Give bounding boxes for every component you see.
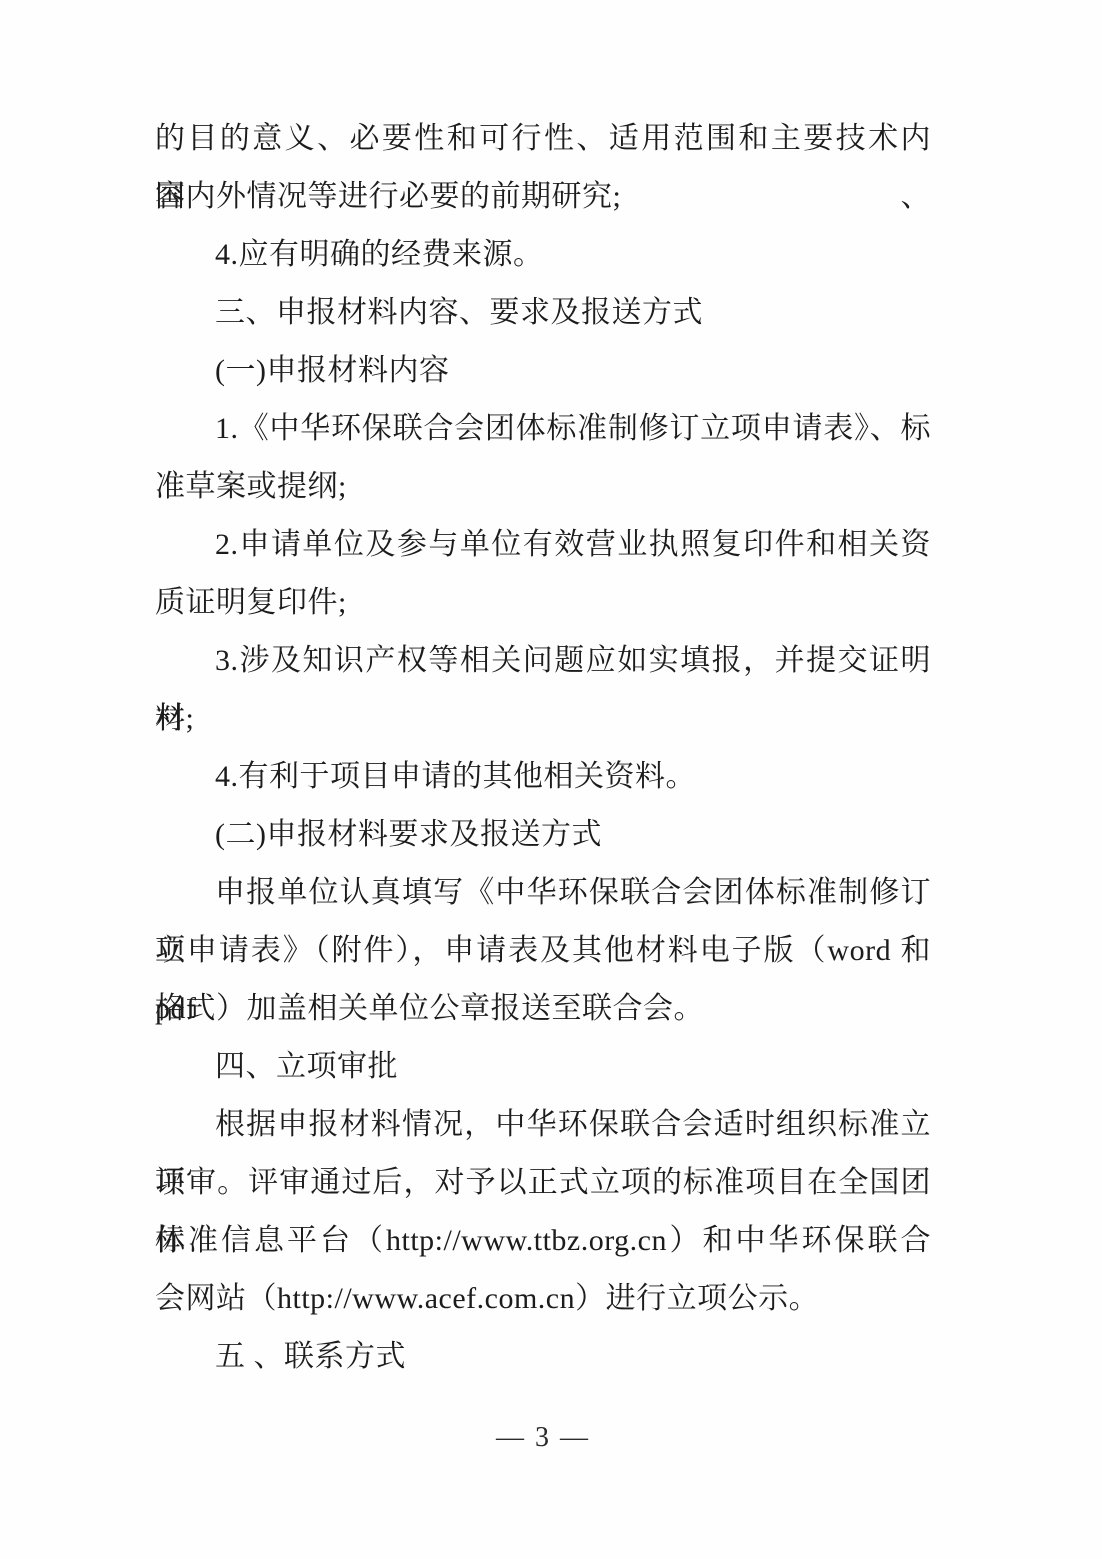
text-line: 准草案或提纲; (155, 458, 931, 516)
page-number: — 3 — (155, 1416, 931, 1460)
text-line: 料; (155, 690, 931, 748)
text-line: 评审。评审通过后，对予以正式立项的标准项目在全国团体 (155, 1154, 931, 1212)
text-line: (一)申报材料内容 (155, 342, 931, 400)
text-line: 4.有利于项目申请的其他相关资料。 (155, 748, 931, 806)
text-line: 格式）加盖相关单位公章报送至联合会。 (155, 980, 931, 1038)
text-line: 根据申报材料情况，中华环保联合会适时组织标准立项 (155, 1096, 931, 1154)
text-line: 会网站（http://www.acef.com.cn）进行立项公示。 (155, 1270, 931, 1328)
text-line: 四、立项审批 (155, 1038, 931, 1096)
text-line: 4.应有明确的经费来源。 (155, 226, 931, 284)
text-line: 标准信息平台（http://www.ttbz.org.cn）和中华环保联合 (155, 1212, 931, 1270)
text-line: 2.申请单位及参与单位有效营业执照复印件和相关资 (155, 516, 931, 574)
text-line: 3.涉及知识产权等相关问题应如实填报，并提交证明材 (155, 632, 931, 690)
text-line: (二)申报材料要求及报送方式 (155, 806, 931, 864)
text-line: 1.《中华环保联合会团体标准制修订立项申请表》、标 (155, 400, 931, 458)
text-line: 质证明复印件; (155, 574, 931, 632)
document-body: 的目的意义、必要性和可行性、适用范围和主要技术内容、国内外情况等进行必要的前期研… (155, 110, 931, 1386)
text-line: 的目的意义、必要性和可行性、适用范围和主要技术内容、 (155, 110, 931, 168)
text-line: 申报单位认真填写《中华环保联合会团体标准制修订立 (155, 864, 931, 922)
document-page: 的目的意义、必要性和可行性、适用范围和主要技术内容、国内外情况等进行必要的前期研… (0, 0, 1102, 1559)
text-line: 三、申报材料内容、要求及报送方式 (155, 284, 931, 342)
text-line: 项申请表》（附件），申请表及其他材料电子版（word 和 pdf (155, 922, 931, 980)
text-line: 五 、联系方式 (155, 1328, 931, 1386)
